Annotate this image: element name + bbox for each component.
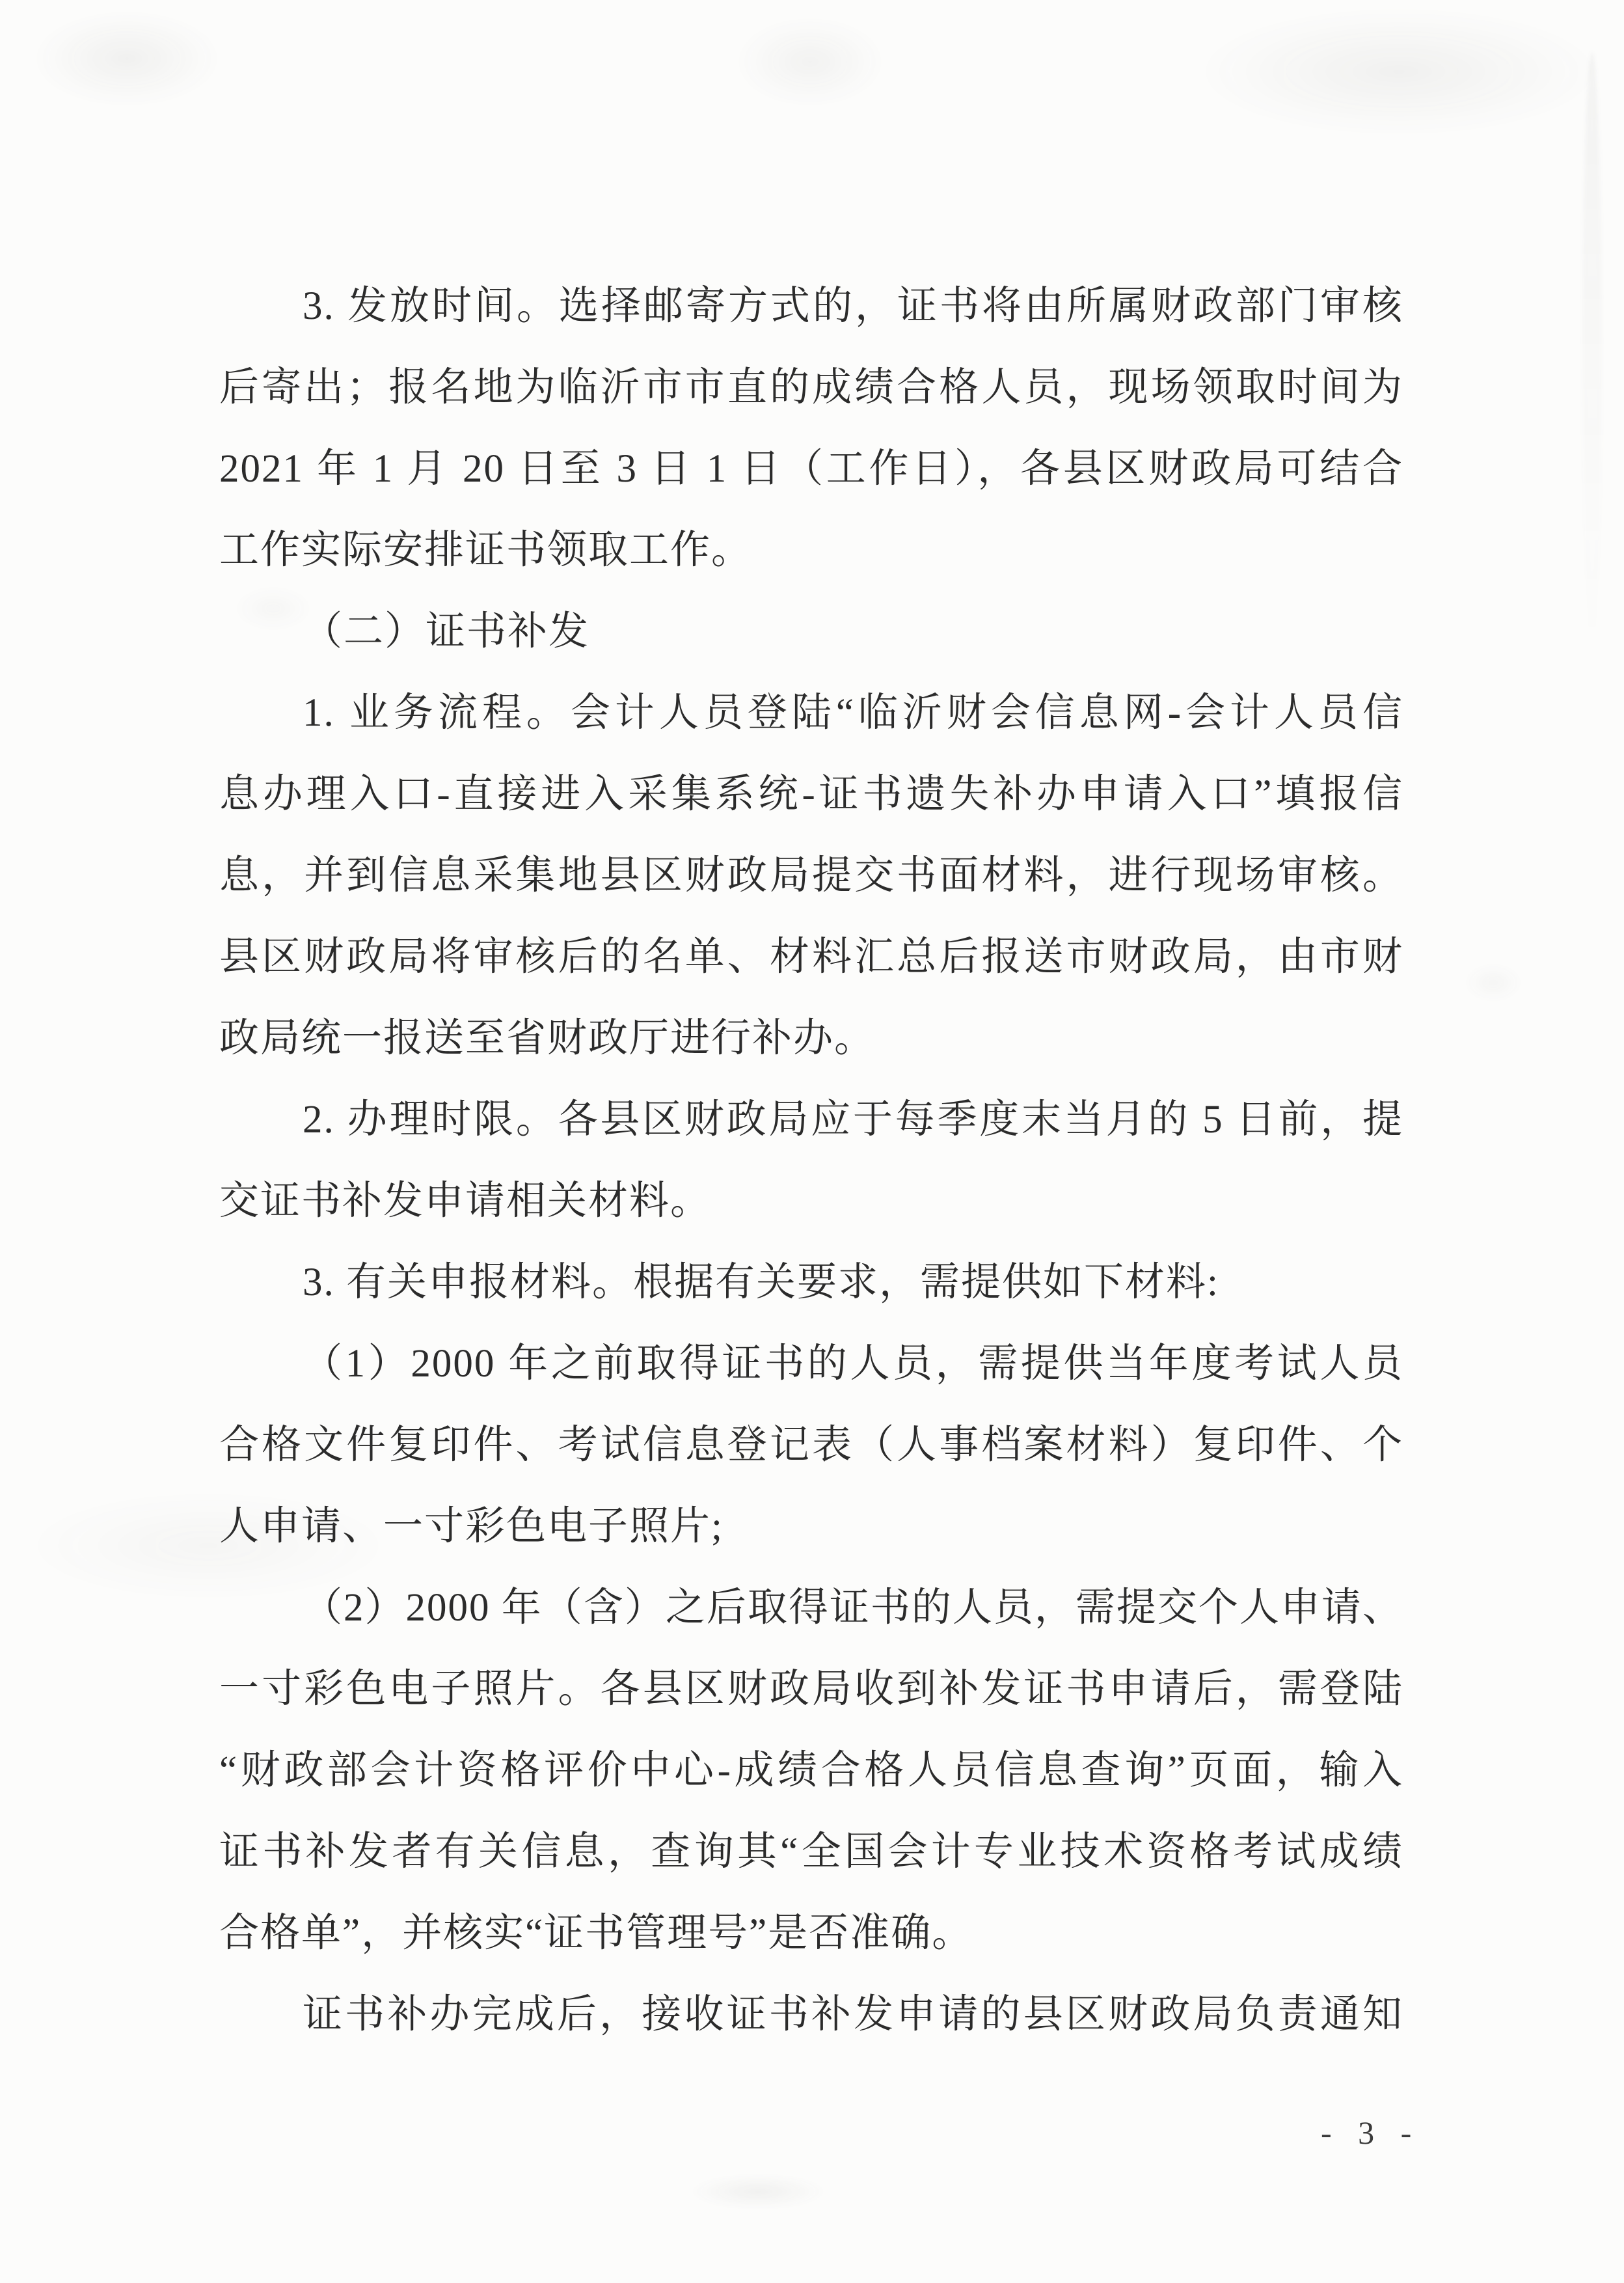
document-body: 3. 发放时间。选择邮寄方式的，证书将由所属财政部门审核后寄出；报名地为临沂市市… <box>219 266 1403 2055</box>
text-line: 合格文件复印件、考试信息登记表（人事档案材料）复印件、个 <box>219 1404 1403 1486</box>
text-line: 3. 有关申报材料。根据有关要求，需提供如下材料: <box>219 1242 1403 1323</box>
text-line: （二）证书补发 <box>219 591 1403 672</box>
text-line: 人申请、一寸彩色电子照片; <box>219 1486 1403 1567</box>
text-line: 2. 办理时限。各县区财政局应于每季度末当月的 5 日前，提 <box>219 1079 1403 1160</box>
text-line: （2）2000 年（含）之后取得证书的人员，需提交个人申请、 <box>219 1567 1403 1648</box>
scan-smudge <box>1582 52 1602 651</box>
scanned-document-page: 3. 发放时间。选择邮寄方式的，证书将由所属财政部门审核后寄出；报名地为临沂市市… <box>0 0 1624 2283</box>
text-line: 2021 年 1 月 20 日至 3 日 1 日（工作日），各县区财政局可结合 <box>219 428 1403 510</box>
text-line: 一寸彩色电子照片。各县区财政局收到补发证书申请后，需登陆 <box>219 1648 1403 1730</box>
text-line: 息，并到信息采集地县区财政局提交书面材料，进行现场审核。 <box>219 835 1403 916</box>
scan-smudge <box>1197 7 1601 137</box>
scan-smudge <box>33 10 221 107</box>
text-line: 3. 发放时间。选择邮寄方式的，证书将由所属财政部门审核 <box>219 266 1403 347</box>
text-line: 县区财政局将审核后的名单、材料汇总后报送市财政局，由市财 <box>219 916 1403 998</box>
text-line: “财政部会计资格评价中心-成绩合格人员信息查询”页面，输入 <box>219 1730 1403 1811</box>
page-number: - 3 - <box>1321 2114 1420 2152</box>
text-line: 合格单”，并核实“证书管理号”是否准确。 <box>219 1893 1403 1974</box>
text-line: 息办理入口-直接进入采集系统-证书遗失补办申请入口”填报信 <box>219 754 1403 835</box>
text-line: （1）2000 年之前取得证书的人员，需提供当年度考试人员 <box>219 1323 1403 1404</box>
text-line: 后寄出；报名地为临沂市市直的成绩合格人员，现场领取时间为 <box>219 347 1403 428</box>
text-line: 政局统一报送至省财政厅进行补办。 <box>219 998 1403 1079</box>
scan-smudge <box>1464 963 1522 1002</box>
text-line: 1. 业务流程。会计人员登陆“临沂财会信息网-会计人员信 <box>219 672 1403 754</box>
text-line: 交证书补发申请相关材料。 <box>219 1160 1403 1242</box>
scan-smudge <box>690 2174 826 2209</box>
text-line: 工作实际安排证书领取工作。 <box>219 510 1403 591</box>
text-line: 证书补办完成后，接收证书补发申请的县区财政局负责通知 <box>219 1974 1403 2055</box>
scan-smudge <box>735 16 885 107</box>
text-line: 证书补发者有关信息，查询其“全国会计专业技术资格考试成绩 <box>219 1811 1403 1893</box>
